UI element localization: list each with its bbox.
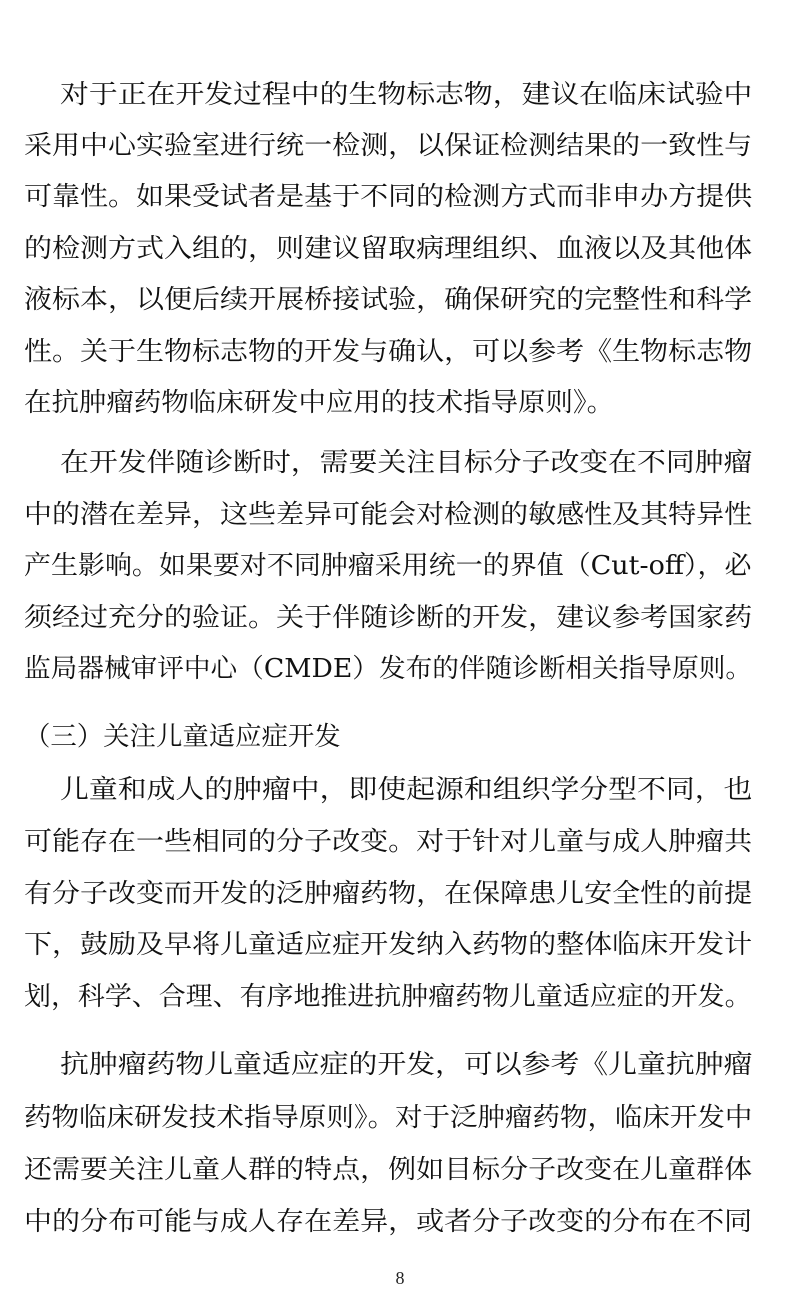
text-line: 性。关于生物标志物的开发与确认，可以参考《生物标志物	[24, 337, 752, 367]
text-line: 划，科学、合理、有序地推进抗肿瘤药物儿童适应症的开发。	[24, 982, 752, 1012]
text-line: 监局器械审评中心（CMDE）发布的伴随诊断相关指导原则。	[24, 654, 752, 684]
text-line: 须经过充分的验证。关于伴随诊断的开发，建议参考国家药	[24, 603, 752, 633]
text-line: 可靠性。如果受试者是基于不同的检测方式而非申办方提供	[24, 182, 752, 212]
text-line: 有分子改变而开发的泛肿瘤药物，在保障患儿安全性的前提	[24, 879, 752, 909]
text-line: 的检测方式入组的，则建议留取病理组织、血液以及其他体	[24, 234, 752, 264]
text-line: 中的分布可能与成人存在差异，或者分子改变的分布在不同	[24, 1207, 752, 1237]
text-line: 采用中心实验室进行统一检测，以保证检测结果的一致性与	[24, 131, 752, 161]
text-line: 药物临床研发技术指导原则》。对于泛肿瘤药物，临床开发中	[24, 1103, 752, 1133]
text-line: 液标本，以便后续开展桥接试验，确保研究的完整性和科学	[24, 285, 752, 315]
text-line: 在开发伴随诊断时，需要关注目标分子改变在不同肿瘤	[60, 448, 752, 478]
page-number: 8	[0, 1268, 800, 1289]
text-line: 产生影响。如果要对不同肿瘤采用统一的界值（Cut-off），必	[24, 551, 752, 581]
document-page: 对于正在开发过程中的生物标志物，建议在临床试验中采用中心实验室进行统一检测，以保…	[0, 0, 800, 1311]
text-line: 对于正在开发过程中的生物标志物，建议在临床试验中	[60, 80, 752, 110]
text-line: 儿童和成人的肿瘤中，即使起源和组织学分型不同，也	[60, 775, 752, 805]
text-line: 还需要关注儿童人群的特点，例如目标分子改变在儿童群体	[24, 1155, 752, 1185]
text-line: 可能存在一些相同的分子改变。对于针对儿童与成人肿瘤共	[24, 827, 752, 857]
text-line: 下，鼓励及早将儿童适应症开发纳入药物的整体临床开发计	[24, 930, 752, 960]
text-line: 抗肿瘤药物儿童适应症的开发，可以参考《儿童抗肿瘤	[60, 1050, 752, 1080]
section-heading: （三）关注儿童适应症开发	[24, 722, 341, 752]
text-line: 中的潜在差异，这些差异可能会对检测的敏感性及其特异性	[24, 500, 752, 530]
text-line: 在抗肿瘤药物临床研发中应用的技术指导原则》。	[24, 388, 614, 418]
